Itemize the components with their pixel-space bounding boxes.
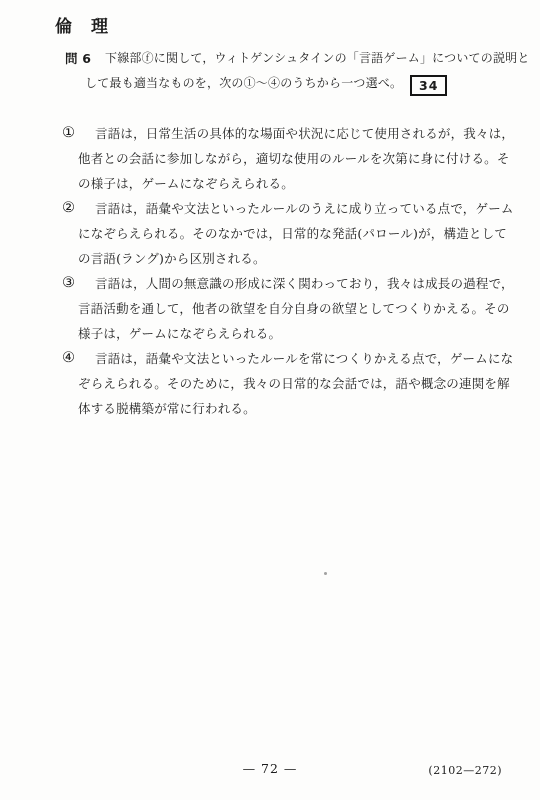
question-block: 問 6 下線部ⓕに関して，ウィトゲンシュタインの「言語ゲーム」についての説明と … — [65, 46, 527, 96]
options-list: ①言語は，日常生活の具体的な場面や状況に応じて使用されるが，我々は，他者との会話… — [70, 121, 530, 421]
option-text-line: 体する脱構築が常に行われる。 — [78, 396, 530, 421]
option-text-line: 言語は，人間の無意識の形成に深く関わっており，我々は成長の過程で， — [78, 271, 530, 296]
question-text: 下線部ⓕに関して，ウィトゲンシュタインの「言語ゲーム」についての説明と して最も… — [85, 46, 527, 96]
option-text-line: 言語は，日常生活の具体的な場面や状況に応じて使用されるが，我々は， — [78, 121, 530, 146]
option-item: ③言語は，人間の無意識の形成に深く関わっており，我々は成長の過程で，言語活動を通… — [70, 271, 530, 346]
option-number: ① — [62, 121, 80, 146]
option-text-line: 言語活動を通して，他者の欲望を自分自身の欲望としてつくりかえる。その — [78, 296, 530, 321]
option-item: ①言語は，日常生活の具体的な場面や状況に応じて使用されるが，我々は，他者との会話… — [70, 121, 530, 196]
option-text-line: の言語(ラング)から区別される。 — [78, 246, 530, 271]
option-text-line: の様子は，ゲームになぞらえられる。 — [78, 171, 530, 196]
option-item: ②言語は，語彙や文法といったルールのうえに成り立っている点で，ゲームになぞらえら… — [70, 196, 530, 271]
option-number: ③ — [62, 271, 80, 296]
answer-number-box: 34 — [410, 75, 447, 96]
question-text-line: 下線部ⓕに関して，ウィトゲンシュタインの「言語ゲーム」についての説明と — [85, 46, 527, 71]
option-text-line: 言語は，語彙や文法といったルールを常につくりかえる点で，ゲームにな — [78, 346, 530, 371]
question-label: 問 6 — [65, 46, 91, 71]
subject-title: 倫 理 — [55, 12, 109, 37]
option-text-line: ぞらえられる。そのために，我々の日常的な会話では，語や概念の連関を解 — [78, 371, 530, 396]
scan-speck — [324, 572, 327, 575]
option-text-line: 言語は，語彙や文法といったルールのうえに成り立っている点で，ゲーム — [78, 196, 530, 221]
question-text-line: して最も適当なものを，次の①～④のうちから一つ選べ。 — [85, 76, 402, 90]
option-number: ④ — [62, 346, 80, 371]
document-code: (2102—272) — [428, 764, 502, 777]
option-text-line: になぞらえられる。そのなかでは，日常的な発話(パロール)が，構造として — [78, 221, 530, 246]
option-text-line: 他者との会話に参加しながら，適切な使用のルールを次第に身に付ける。そ — [78, 146, 530, 171]
option-number: ② — [62, 196, 80, 221]
option-item: ④言語は，語彙や文法といったルールを常につくりかえる点で，ゲームになぞらえられる… — [70, 346, 530, 421]
exam-page: 倫 理 問 6 下線部ⓕに関して，ウィトゲンシュタインの「言語ゲーム」についての… — [0, 0, 540, 800]
option-text-line: 様子は，ゲームになぞらえられる。 — [78, 321, 530, 346]
